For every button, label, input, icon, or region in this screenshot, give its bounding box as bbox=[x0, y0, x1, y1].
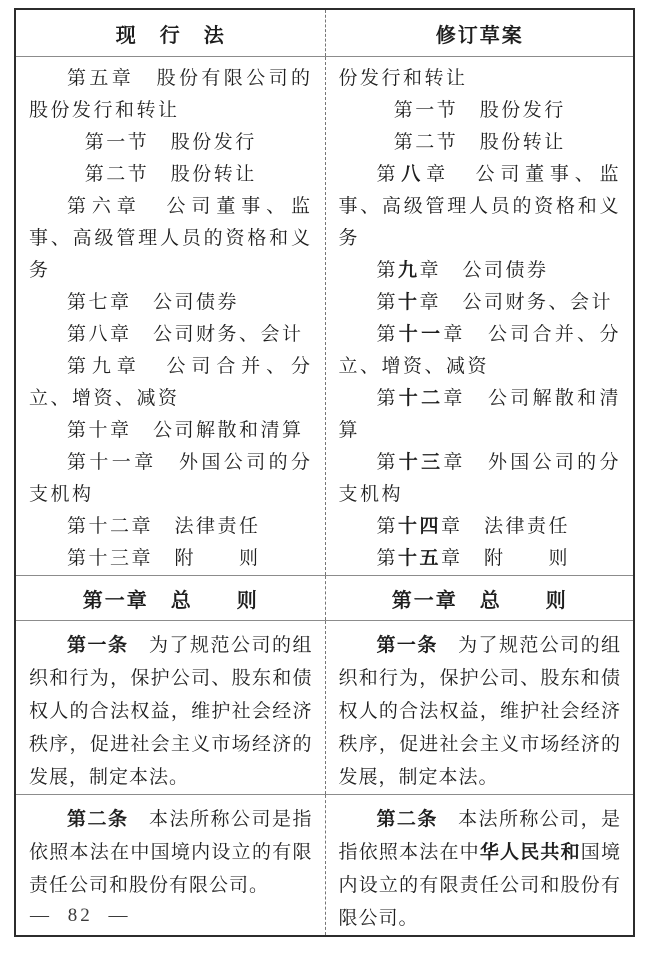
paragraph: 第二条 本法所称公司，是指依照本法在中华人民共和国境内设立的有限责任公司和股份有… bbox=[339, 803, 622, 935]
paragraph: 第十三章 外国公司的分支机构 bbox=[339, 447, 622, 511]
chapter-one-heading-row: 第一章 总 则 第一章 总 则 bbox=[16, 575, 633, 620]
article-1-current: 第一条 为了规范公司的组织和行为，保护公司、股东和债权人的合法权益，维护社会经济… bbox=[16, 621, 325, 794]
paragraph: 第一条 为了规范公司的组织和行为，保护公司、股东和债权人的合法权益，维护社会经济… bbox=[339, 629, 622, 794]
paragraph: 第一条 为了规范公司的组织和行为，保护公司、股东和债权人的合法权益，维护社会经济… bbox=[29, 629, 313, 794]
paragraph: 第六章 公司董事、监事、高级管理人员的资格和义务 bbox=[29, 191, 313, 287]
paragraph: 第十一章 公司合并、分立、增资、减资 bbox=[339, 319, 622, 383]
toc-revision-draft: 份发行和转让第一节 股份发行第二节 股份转让第八章 公司董事、监事、高级管理人员… bbox=[325, 57, 634, 575]
paragraph: 第十二章 法律责任 bbox=[29, 511, 313, 543]
paragraph: 第二条 本法所称公司是指依照本法在中国境内设立的有限责任公司和股份有限公司。 bbox=[29, 803, 313, 902]
paragraph: 第九章 公司债券 bbox=[339, 255, 622, 287]
paragraph: 份发行和转让 bbox=[339, 63, 622, 95]
comparison-table: 现 行 法 修订草案 第五章 股份有限公司的股份发行和转让第一节 股份发行第二节… bbox=[14, 8, 635, 937]
table-header-row: 现 行 法 修订草案 bbox=[16, 10, 633, 56]
paragraph: 第一节 股份发行 bbox=[29, 127, 313, 159]
paragraph: 第十章 公司财务、会计 bbox=[339, 287, 622, 319]
page-number: — 82 — bbox=[30, 905, 131, 927]
paragraph: 第七章 公司债券 bbox=[29, 287, 313, 319]
header-current-law: 现 行 法 bbox=[16, 10, 325, 56]
paragraph: 第九章 公司合并、分立、增资、减资 bbox=[29, 351, 313, 415]
paragraph: 第一节 股份发行 bbox=[339, 95, 622, 127]
paragraph: 第二节 股份转让 bbox=[29, 159, 313, 191]
paragraph: 第八章 公司财务、会计 bbox=[29, 319, 313, 351]
paragraph: 第十三章 附 则 bbox=[29, 543, 313, 575]
header-revision-draft: 修订草案 bbox=[325, 10, 634, 56]
article-2-draft: 第二条 本法所称公司，是指依照本法在中华人民共和国境内设立的有限责任公司和股份有… bbox=[325, 795, 634, 935]
paragraph: 第五章 股份有限公司的股份发行和转让 bbox=[29, 63, 313, 127]
toc-row: 第五章 股份有限公司的股份发行和转让第一节 股份发行第二节 股份转让第六章 公司… bbox=[16, 56, 633, 575]
paragraph: 第十章 公司解散和清算 bbox=[29, 415, 313, 447]
paragraph: 第十四章 法律责任 bbox=[339, 511, 622, 543]
paragraph: 第二节 股份转让 bbox=[339, 127, 622, 159]
article-1-row: 第一条 为了规范公司的组织和行为，保护公司、股东和债权人的合法权益，维护社会经济… bbox=[16, 620, 633, 794]
chapter-one-heading-current: 第一章 总 则 bbox=[16, 576, 325, 620]
toc-current-law: 第五章 股份有限公司的股份发行和转让第一节 股份发行第二节 股份转让第六章 公司… bbox=[16, 57, 325, 575]
paragraph: 第八章 公司董事、监事、高级管理人员的资格和义务 bbox=[339, 159, 622, 255]
paragraph: 第十二章 公司解散和清算 bbox=[339, 383, 622, 447]
article-1-draft: 第一条 为了规范公司的组织和行为，保护公司、股东和债权人的合法权益，维护社会经济… bbox=[325, 621, 634, 794]
paragraph: 第十五章 附 则 bbox=[339, 543, 622, 575]
chapter-one-heading-draft: 第一章 总 则 bbox=[325, 576, 634, 620]
paragraph: 第十一章 外国公司的分支机构 bbox=[29, 447, 313, 511]
